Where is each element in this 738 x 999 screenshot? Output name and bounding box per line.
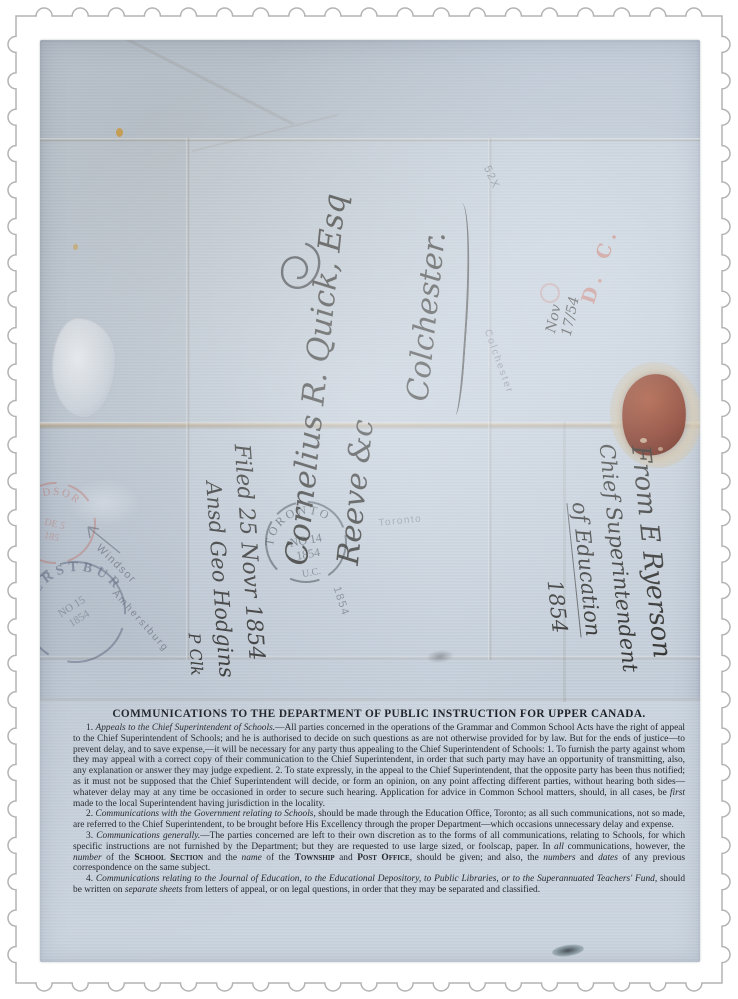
notice-paragraph: 1. Appeals to the Chief Superintendent o… [73, 723, 685, 809]
paper-shading-top [40, 40, 700, 138]
notice-paragraph: 2. Communications with the Government re… [73, 809, 685, 831]
pencil-note-year: 1854 [331, 585, 352, 618]
pencil-note-colchester: Colchester [482, 328, 516, 395]
red-rate-mark: D. C. [577, 223, 623, 306]
fold-crease-horizontal-3 [40, 698, 700, 701]
red-ring-mark [540, 283, 560, 303]
yellow-stain [73, 244, 78, 250]
recipient-address: Cornelius R. Quick, Esq Reeve &c Colches… [270, 175, 471, 590]
fold-crease-horizontal-1 [40, 138, 700, 142]
svg-text:185: 185 [43, 530, 60, 544]
filing-docket: Filed 25 Novr 1854 Ansd Geo Hodgins P Cl… [163, 428, 274, 704]
printed-notice: COMMUNICATIONS TO THE DEPARTMENT OF PUBL… [73, 708, 685, 896]
ink-smudge [425, 649, 454, 665]
pencil-note-code: 52X [481, 164, 502, 191]
yellow-stain [116, 128, 123, 137]
fold-crease-vertical-right [488, 138, 492, 660]
letter-paper: WINDSOR DE 5 185 AMHERSTBURG NO 15 1854 … [40, 40, 700, 962]
scanned-letter-page: WINDSOR DE 5 185 AMHERSTBURG NO 15 1854 … [0, 0, 738, 999]
printed-notice-title: COMMUNICATIONS TO THE DEPARTMENT OF PUBL… [73, 708, 685, 720]
wax-seal-speck [658, 447, 663, 451]
notice-paragraph: 3. Communications generally.—The parties… [73, 831, 685, 874]
notice-paragraph: 4. Communications relating to the Journa… [73, 874, 685, 896]
